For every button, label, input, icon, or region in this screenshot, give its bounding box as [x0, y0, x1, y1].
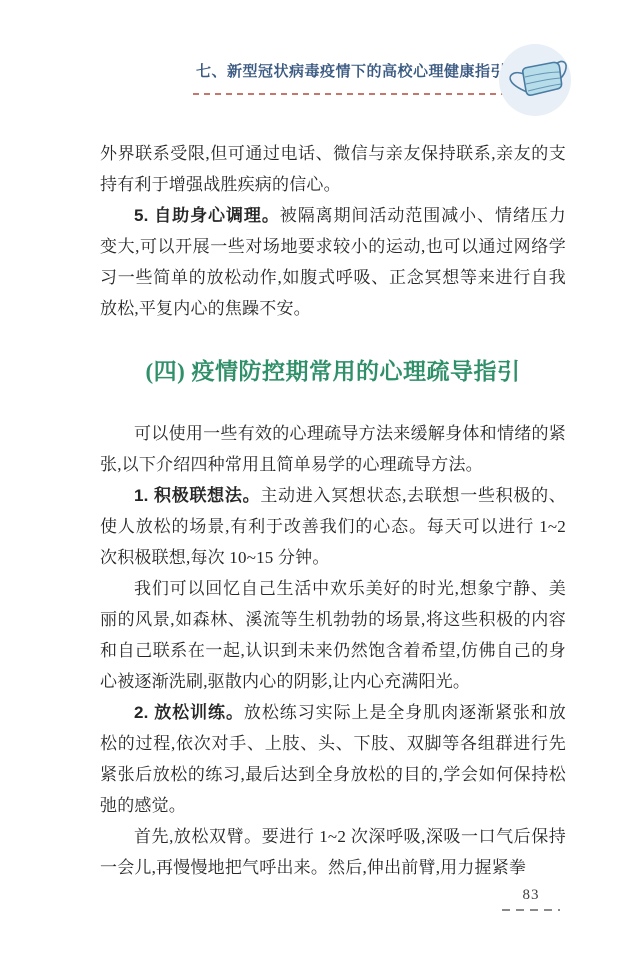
- item1-label: 1. 积极联想法。: [134, 486, 260, 505]
- paragraph-item2: 2. 放松训练。放松练习实际上是全身肌肉逐渐紧张和放松的过程,依次对手、上肢、头…: [100, 697, 566, 821]
- paragraph-continuation: 外界联系受限,但可通过电话、微信与亲友保持联系,亲友的支持有利于增强战胜疾病的信…: [100, 138, 566, 200]
- paragraph-item1: 1. 积极联想法。主动进入冥想状态,去联想一些积极的、使人放松的场景,有利于改善…: [100, 480, 566, 573]
- page-footer: 83: [499, 886, 563, 911]
- header-dashed-rule: [193, 93, 509, 95]
- page-number: 83: [499, 886, 563, 904]
- page-header: 七、新型冠状病毒疫情下的高校心理健康指引: [193, 62, 509, 95]
- paragraph-item1-detail: 我们可以回忆自己生活中欢乐美好的时光,想象宁静、美丽的风景,如森林、溪流等生机勃…: [100, 573, 566, 697]
- item2-label: 2. 放松训练。: [134, 703, 244, 722]
- paragraph-item2-detail: 首先,放松双臂。要进行 1~2 次深呼吸,深吸一口气后保持一会儿,再慢慢地把气呼…: [100, 821, 566, 883]
- section-heading: (四) 疫情防控期常用的心理疏导指引: [100, 354, 566, 390]
- page-content: 外界联系受限,但可通过电话、微信与亲友保持联系,亲友的支持有利于增强战胜疾病的信…: [100, 138, 566, 883]
- paragraph-intro: 可以使用一些有效的心理疏导方法来缓解身体和情绪的紧张,以下介绍四种常用且简单易学…: [100, 418, 566, 480]
- item5-label: 5. 自助身心调理。: [134, 206, 280, 225]
- face-mask-icon: [498, 43, 572, 117]
- chapter-title: 七、新型冠状病毒疫情下的高校心理健康指引: [193, 62, 509, 82]
- book-page: 七、新型冠状病毒疫情下的高校心理健康指引 外界联系受限,但可通过电话、微信与亲友…: [0, 0, 639, 959]
- footer-dashed-rule: [502, 909, 560, 911]
- paragraph-item5: 5. 自助身心调理。被隔离期间活动范围减小、情绪压力变大,可以开展一些对场地要求…: [100, 200, 566, 324]
